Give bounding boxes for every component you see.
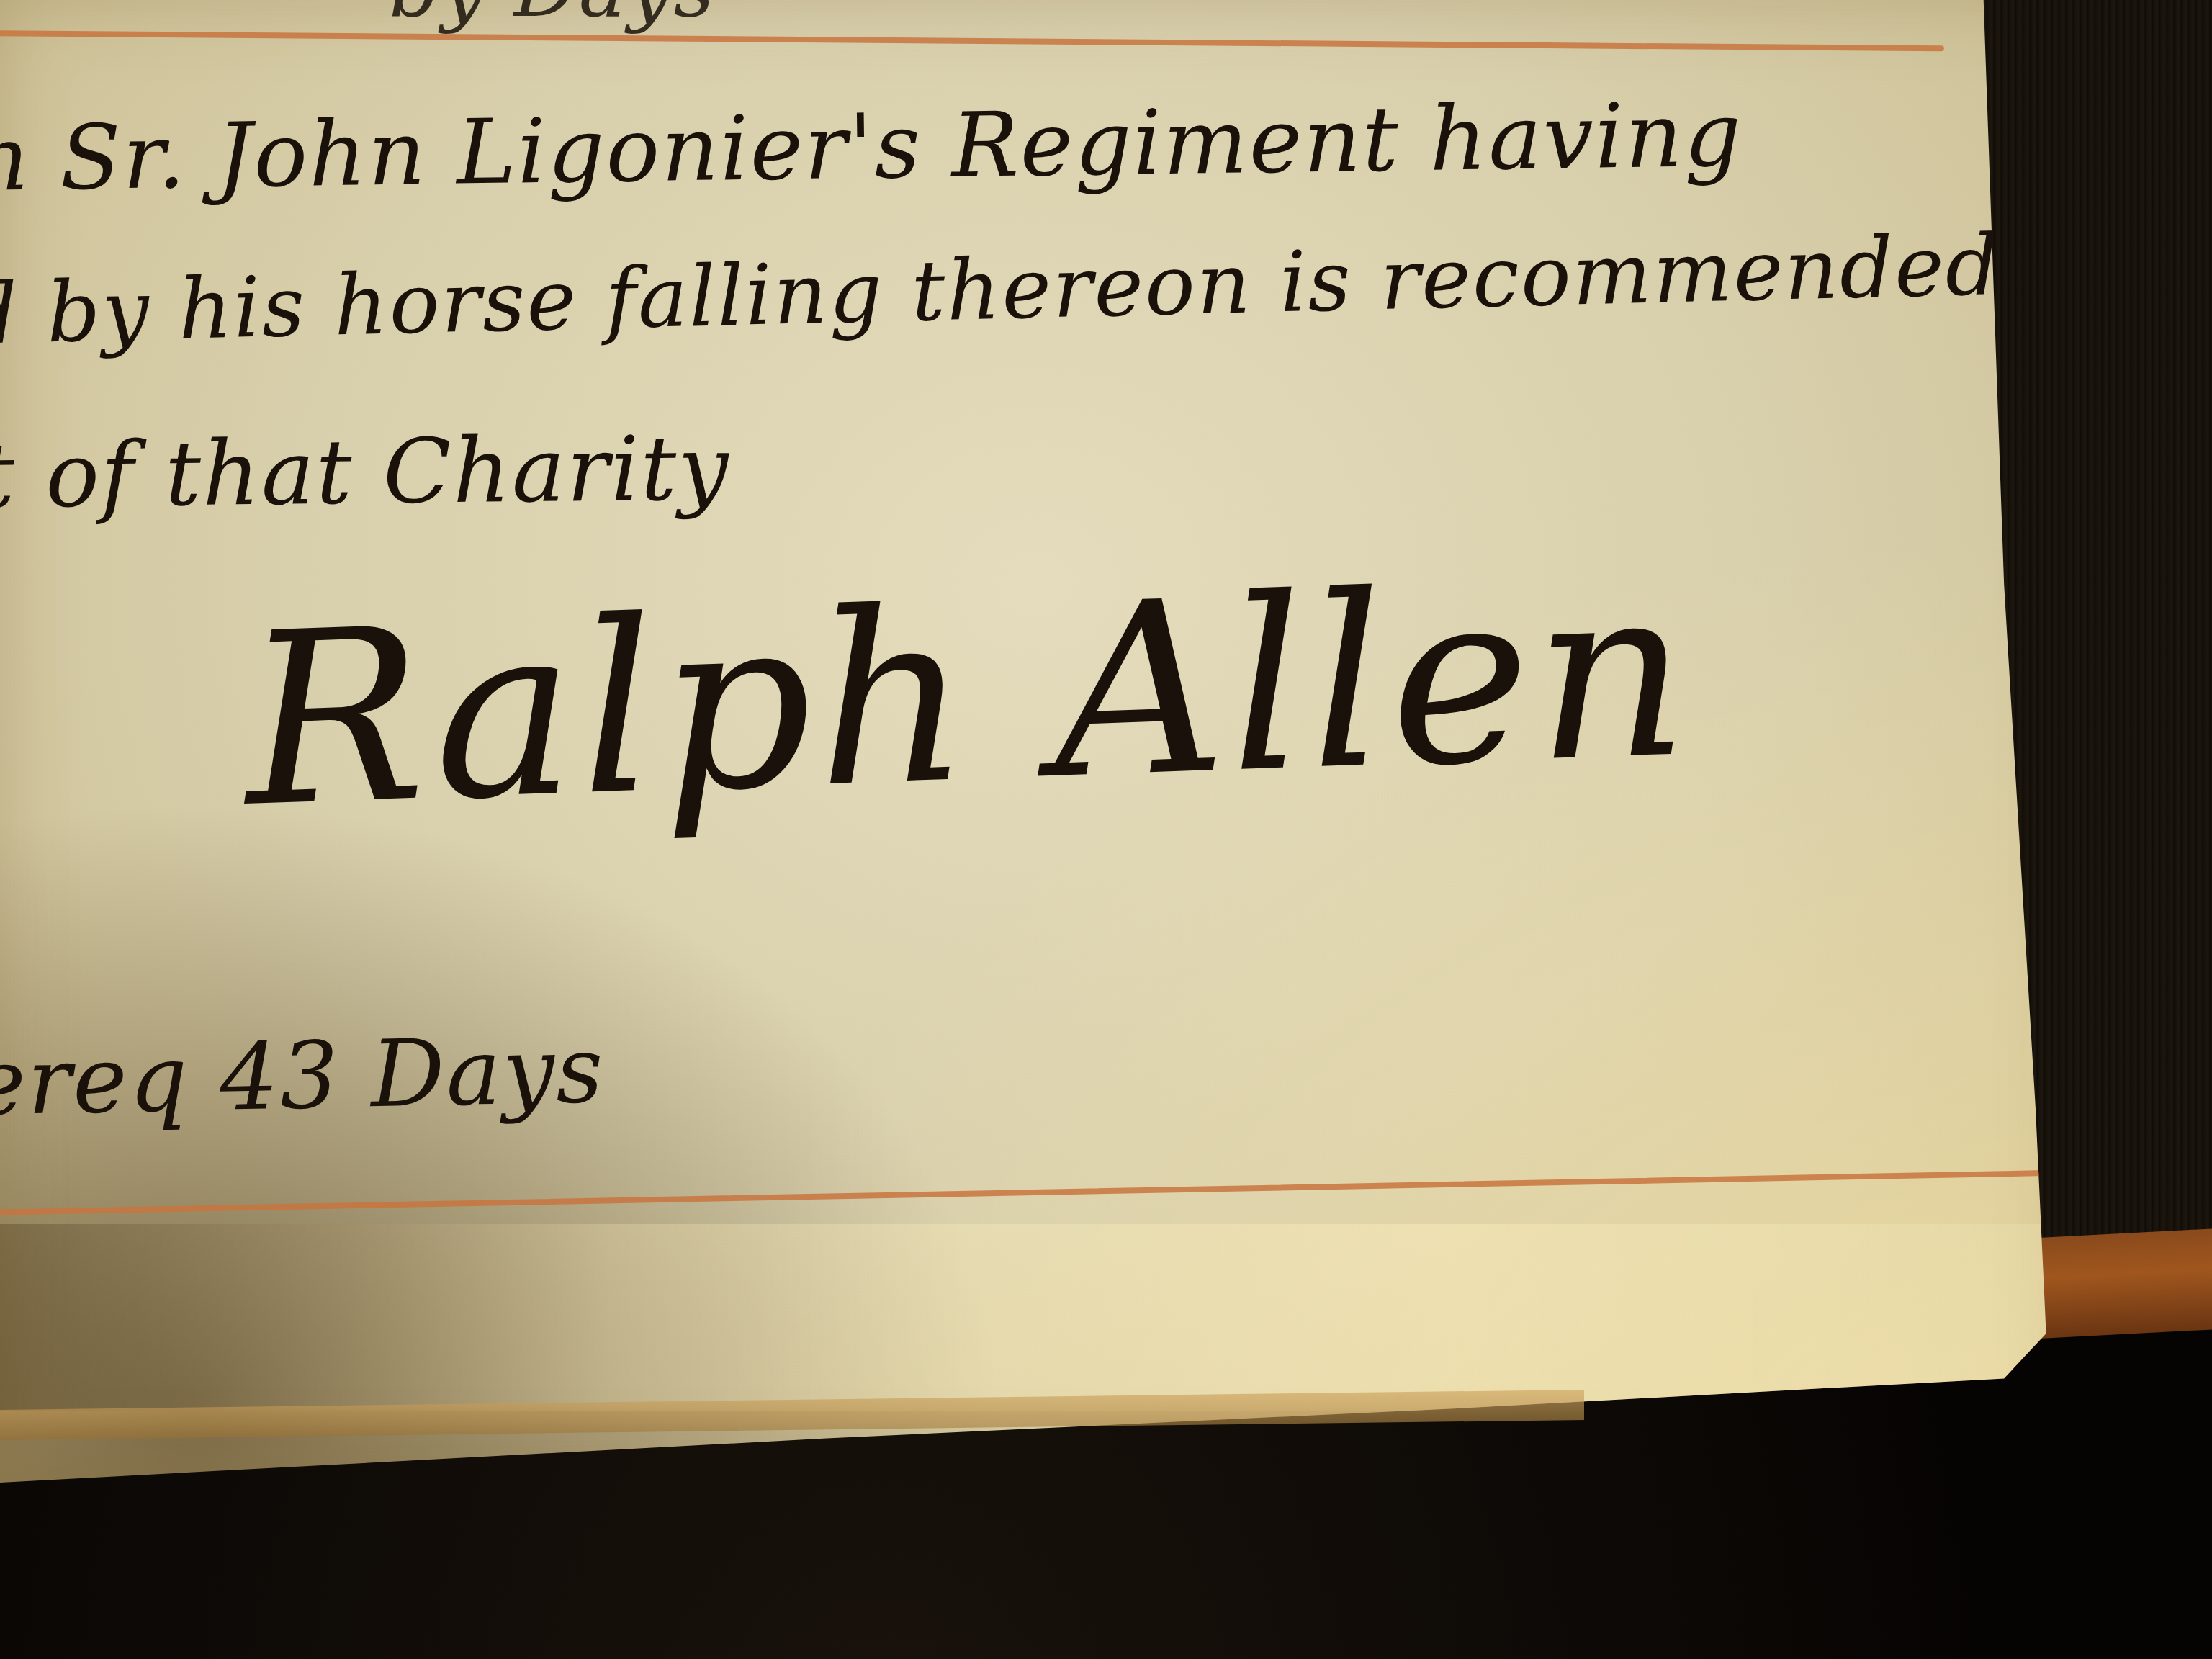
ruled-line-bottom xyxy=(0,1170,2059,1215)
partial-top-line: by Days xyxy=(389,0,716,35)
text-line-days: ereq 43 Days xyxy=(0,1017,606,1137)
document-page: by Days n Sr. John Ligonier's Regiment h… xyxy=(0,0,2088,1483)
text-line-regiment: n Sr. John Ligonier's Regiment having xyxy=(0,84,1743,212)
text-line-horse-falling: d by his horse falling thereon is recomm… xyxy=(0,217,2001,364)
light-sheen xyxy=(0,1224,2074,1411)
text-line-charity: t of that Charity xyxy=(0,417,730,529)
signature: Ralph Allen xyxy=(240,533,1696,860)
ruled-line-top xyxy=(0,30,1944,51)
photo-scene: by Days n Sr. John Ligonier's Regiment h… xyxy=(0,0,2212,1659)
